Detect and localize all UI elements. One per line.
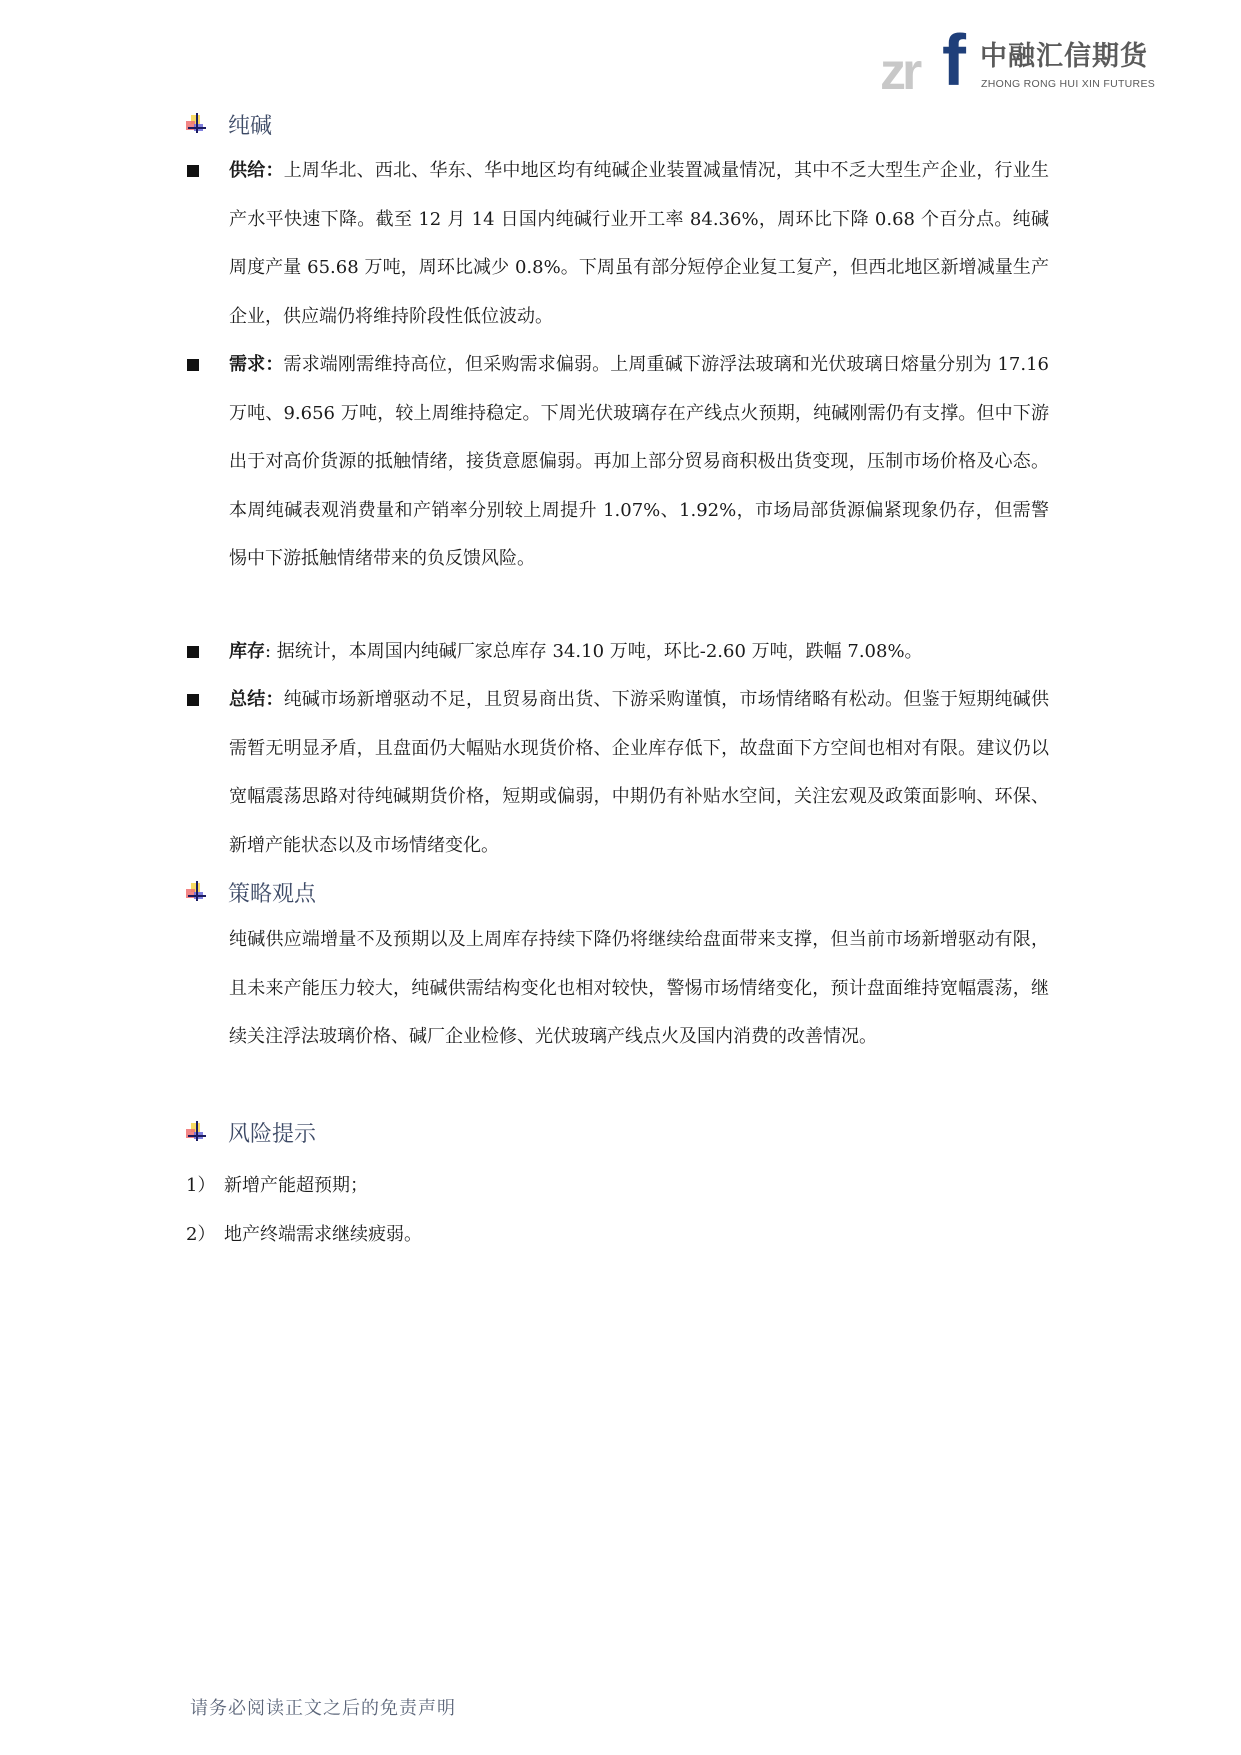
risk-list-item: 1）新增产能超预期；: [186, 1171, 368, 1201]
paragraph-text: 需求端刚需维持高位，但采购需求偏弱。上周重碱下游浮法玻璃和光伏玻璃日熔量分别为 …: [229, 354, 1049, 569]
paragraph-text: 上周华北、西北、华东、华中地区均有纯碱企业装置减量情况，其中不乏大型生产企业，行…: [229, 160, 1049, 327]
paragraph-label: 库存: [229, 641, 265, 662]
paragraph-label: 总结：: [229, 689, 284, 710]
square-bullet-icon: [187, 359, 199, 371]
section-title: 风险提示: [228, 1117, 316, 1148]
risk-list-item: 2）地产终端需求继续疲弱。: [186, 1220, 422, 1250]
list-number: 2）: [186, 1220, 224, 1250]
section-bullet-icon: [186, 113, 208, 135]
section-title: 策略观点: [228, 877, 316, 908]
paragraph-demand: 需求：需求端刚需维持高位，但采购需求偏弱。上周重碱下游浮法玻璃和光伏玻璃日熔量分…: [229, 341, 1049, 584]
footer-disclaimer: 请务必阅读正文之后的免责声明: [190, 1694, 456, 1720]
paragraph-label: 供给：: [229, 160, 284, 181]
paragraph-text: 纯碱市场新增驱动不足，且贸易商出货、下游采购谨慎，市场情绪略有松动。但鉴于短期纯…: [229, 689, 1049, 856]
list-text: 地产终端需求继续疲弱。: [224, 1224, 422, 1245]
section-bullet-icon: [186, 881, 208, 903]
paragraph-text: 纯碱供应端增量不及预期以及上周库存持续下降仍将继续给盘面带来支撑，但当前市场新增…: [229, 929, 1049, 1047]
section-title: 纯碱: [228, 109, 272, 140]
section-heading-soda-ash: 纯碱: [186, 106, 272, 142]
logo-chinese-name: 中融汇信期货: [980, 42, 1148, 72]
paragraph-label: 需求：: [229, 354, 283, 375]
paragraph-strategy: 纯碱供应端增量不及预期以及上周库存持续下降仍将继续给盘面带来支撑，但当前市场新增…: [229, 916, 1049, 1062]
section-heading-risk: 风险提示: [186, 1114, 316, 1150]
paragraph-supply: 供给：上周华北、西北、华东、华中地区均有纯碱企业装置减量情况，其中不乏大型生产企…: [229, 147, 1049, 341]
paragraph-summary: 总结：纯碱市场新增驱动不足，且贸易商出货、下游采购谨慎，市场情绪略有松动。但鉴于…: [229, 676, 1049, 870]
list-number: 1）: [186, 1171, 224, 1201]
company-logo: zr f 中融汇信期货 ZHONG RONG HUI XIN FUTURES: [880, 28, 1170, 94]
logo-mark-f: f: [942, 30, 966, 92]
section-heading-strategy: 策略观点: [186, 874, 316, 910]
square-bullet-icon: [187, 165, 199, 177]
paragraph-text: : 据统计，本周国内纯碱厂家总库存 34.10 万吨，环比-2.60 万吨，跌幅…: [265, 641, 923, 662]
logo-mark-zr: zr: [880, 50, 918, 94]
logo-english-name: ZHONG RONG HUI XIN FUTURES: [981, 78, 1155, 90]
section-bullet-icon: [186, 1121, 208, 1143]
square-bullet-icon: [187, 646, 199, 658]
list-text: 新增产能超预期；: [224, 1175, 368, 1196]
paragraph-inventory: 库存: 据统计，本周国内纯碱厂家总库存 34.10 万吨，环比-2.60 万吨，…: [229, 628, 1049, 677]
square-bullet-icon: [187, 694, 199, 706]
